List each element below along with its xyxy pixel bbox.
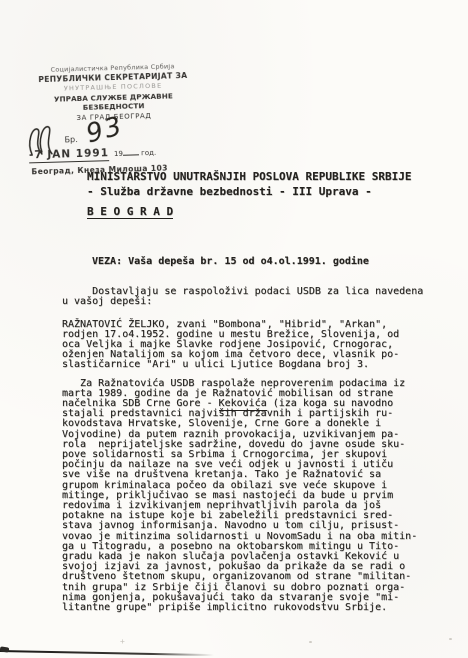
report-lines-a: Za Ražnatovića USDB raspolaže neproveren… <box>62 379 422 399</box>
doc-header: MINISTARSTVO UNUTRAŠNJIH POSLOVA REPUBLI… <box>87 170 412 219</box>
report-lines-b: stajali predstavnici najviših državnih i… <box>62 409 422 613</box>
date-stamp: -7 JAN 1991 <box>29 147 109 163</box>
report-paragraph: Za Ražnatovića USDB raspolaže neproveren… <box>62 379 422 614</box>
document-body: VEZA: Vaša depeša br. 15 od o4.ol.1991. … <box>62 257 422 613</box>
typed-line: u vašoj depeši: <box>62 297 422 307</box>
scan-artifact-corner <box>0 646 9 652</box>
stamp-number-label: Бр. <box>64 135 77 144</box>
document-page: Социјалистичка Република Србија РЕПУБЛИЧ… <box>0 0 468 658</box>
service-subtitle: - Služba državne bezbednosti - III Uprav… <box>87 185 412 200</box>
scan-speck: + <box>120 637 124 641</box>
subject-paragraph: RAŽNATOVIĆ ŽELJKO, zvani "Bombona", "Hib… <box>62 320 422 371</box>
scan-speck <box>309 641 312 643</box>
typed-line: litantne grupe" pripiše implicitno rukov… <box>62 603 422 613</box>
scan-artifact-line <box>0 650 214 656</box>
reference-line: VEZA: Vaša depeša br. 15 od o4.ol.1991. … <box>92 257 422 267</box>
intro-paragraph: Dostavljaju se raspoloživi podaci USDB z… <box>62 287 422 307</box>
typed-line: slastičarnice "Ari" u ulici Ljutice Bogd… <box>62 360 422 370</box>
city-line: B E O G R A D <box>87 205 173 219</box>
stamp-state-security-line: УПРАВА СЛУЖБЕ ДРЖАВНЕ БЕЗБЕДНОСТИ <box>27 91 199 114</box>
stamp-year-blank: 19 год. <box>114 148 156 158</box>
year-blank-rule <box>123 148 139 155</box>
official-stamp: Социјалистичка Република Србија РЕПУБЛИЧ… <box>26 62 201 177</box>
scan-speck <box>449 638 452 640</box>
ministry-title: MINISTARSTVO UNUTRAŠNJIH POSLOVA REPUBLI… <box>87 170 412 185</box>
